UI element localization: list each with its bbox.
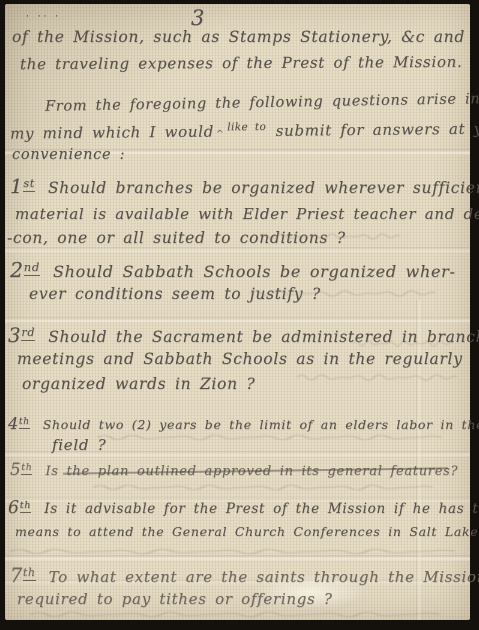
corner-pencil-marks: · ·· · xyxy=(26,12,61,22)
question-7-line-1: 7thTo what extent are the saints through… xyxy=(10,565,479,587)
question-4-line-1: 4thShould two (2) years be the limit of … xyxy=(8,415,479,433)
photographed-letter-page: · ·· · 3 of the Mission, such as Stamps … xyxy=(0,0,479,630)
question-4-ordinal: 4th xyxy=(8,415,30,433)
question-4-line-2: field ? xyxy=(52,437,106,454)
question-2-line-1: 2ndShould Sabbath Schools be organized w… xyxy=(10,259,456,283)
intro-line-1: From the foregoing the following questio… xyxy=(45,91,479,115)
question-5-line-1: 5thIs the plan outlined approved in its … xyxy=(10,460,458,480)
question-7-ordinal: 7th xyxy=(10,565,36,587)
inserted-words: like to xyxy=(227,121,266,133)
fold-crease xyxy=(5,317,470,324)
question-7-line-2: required to pay tithes or offerings ? xyxy=(17,591,333,608)
question-1-ordinal: 1st xyxy=(10,176,35,199)
intro-line-2-after: submit for answers at your xyxy=(276,119,479,139)
pencil-smudge xyxy=(297,372,457,383)
intro-line-2: my mind which I would^like to submit for… xyxy=(10,118,479,142)
page-number: 3 xyxy=(191,6,205,30)
question-6-line-2: means to attend the General Church Confe… xyxy=(15,525,479,539)
question-1-line-2: material is available with Elder Priest … xyxy=(15,206,479,223)
question-2-ordinal: 2nd xyxy=(10,259,40,283)
intro-line-2-before: my mind which I would xyxy=(10,122,214,142)
opening-line-1: of the Mission, such as Stamps Stationer… xyxy=(12,29,465,47)
question-3-line-3: organized wards in Zion ? xyxy=(22,376,255,394)
question-3-ordinal: 3rd xyxy=(8,325,35,348)
opening-line-2: the traveling expenses of the Prest of t… xyxy=(20,54,463,74)
intro-line-3: convenience : xyxy=(12,147,125,164)
question-2-line-2: ever conditions seem to justify ? xyxy=(29,286,321,304)
question-3-line-1: 3rdShould the Sacrament be administered … xyxy=(8,325,479,348)
fold-crease xyxy=(5,555,470,562)
question-1-line-1: 1stShould branches be organized wherever… xyxy=(10,176,479,199)
question-6-line-1: 6thIs it advisable for the Prest of the … xyxy=(8,499,479,519)
insertion-caret: ^ xyxy=(216,129,224,139)
pencil-smudge xyxy=(10,546,455,557)
question-5-ordinal: 5th xyxy=(10,460,32,480)
letter-paper: · ·· · 3 of the Mission, such as Stamps … xyxy=(5,4,470,620)
question-3-line-2: meetings and Sabbath Schools as in the r… xyxy=(17,351,463,369)
question-6-ordinal: 6th xyxy=(8,499,31,519)
pencil-smudge xyxy=(30,609,440,620)
pencil-smudge xyxy=(93,482,433,493)
pencil-smudge xyxy=(97,432,442,443)
question-1-line-3: -con, one or all suited to conditions ? xyxy=(7,230,346,248)
fold-crease xyxy=(5,247,470,254)
